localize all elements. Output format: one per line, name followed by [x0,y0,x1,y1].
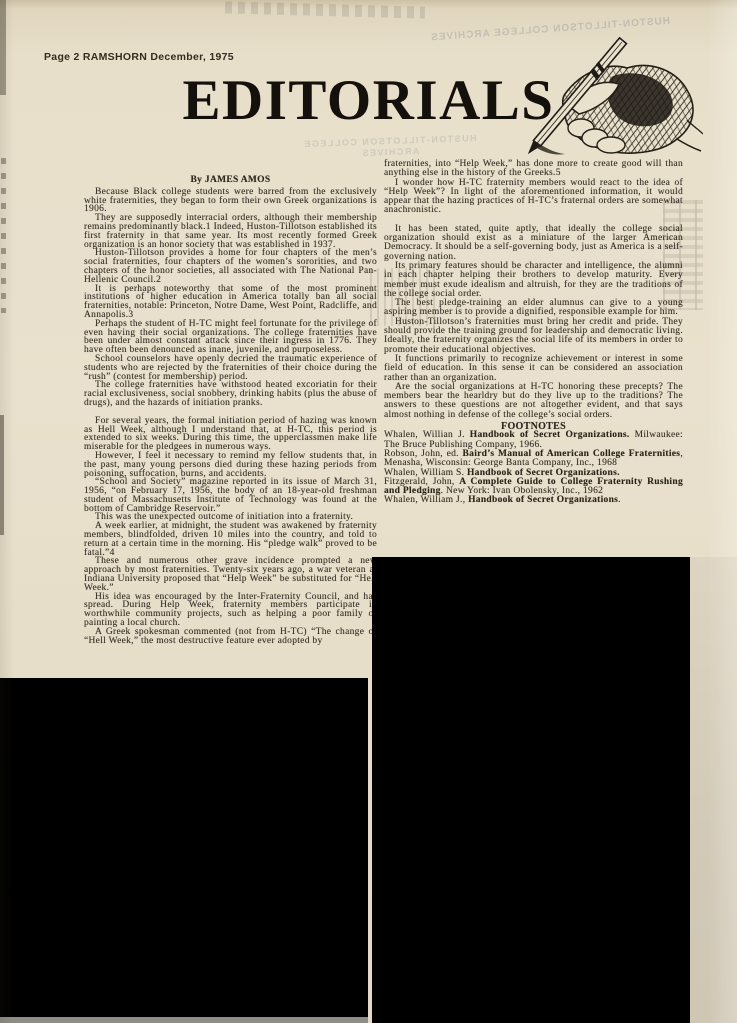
scan-edge-artifact [0,415,4,535]
footnotes-list: Whalen, Willian J. Handbook of Secret Or… [384,431,683,505]
footnote-title: Handbook of Secret Organizations [468,495,618,505]
body-paragraph: The college fraternities have withstood … [84,381,377,407]
left-column-text: Because Black college students were barr… [84,188,377,646]
bleedthrough-smudge [225,1,425,18]
byline: By JAMES AMOS [84,176,377,185]
body-paragraph: It functions primarily to recognize achi… [384,355,683,383]
body-paragraph: It has been stated, quite aptly, that id… [384,225,683,262]
body-paragraph: School counselors have openly decried th… [84,355,377,381]
footnote-entry: Robson, John, ed. Baird’s Manual of Amer… [384,450,683,469]
newspaper-page: HUSTON-TILLOTSON COLLEGE ARCHIVES HUSTON… [0,0,737,1023]
footnote-text: Whalen, William J., [384,495,468,505]
body-paragraph: His idea was encouraged by the Inter-Fra… [84,593,377,628]
footnote-entry: Whalen, William J., Handbook of Secret O… [384,496,683,505]
scan-edge-artifact [1,158,6,313]
body-paragraph: These and numerous other grave incidence… [84,557,377,592]
hand-writing-pencil-illustration [525,20,703,165]
redaction-block-left [0,678,368,1017]
body-paragraph: Huston-Tillotson provides a home for fou… [84,249,377,284]
body-paragraph: Perhaps the student of H-TC might feel f… [84,320,377,355]
left-column: By JAMES AMOS Because Black college stud… [84,176,377,645]
body-paragraph: It is perhaps noteworthy that some of th… [84,285,377,320]
scan-edge-artifact [0,1017,368,1023]
right-column-text: fraternities, into “Help Week,” has done… [384,160,683,420]
body-paragraph: The best pledge-training an elder alumnu… [384,299,683,318]
body-paragraph: I wonder how H-TC fraternity members wou… [384,179,683,216]
body-paragraph: fraternities, into “Help Week,” has done… [384,160,683,179]
footnote-entry: Fitzgerald, John, A Complete Guide to Co… [384,478,683,497]
page-header: Page 2 RAMSHORN December, 1975 [44,51,234,63]
body-paragraph: A Greek spokesman commented (not from H-… [84,628,377,646]
page-edge [690,557,737,1023]
body-paragraph: Because Black college students were barr… [84,188,377,214]
right-column: fraternities, into “Help Week,” has done… [384,160,683,506]
archive-stamp-bleedthrough: HUSTON-TILLOTSON COLLEGE ARCHIVES [280,132,501,162]
body-paragraph: Huston-Tillotson’s fraternities must bri… [384,318,683,355]
body-paragraph: However, I feel it necessary to remind m… [84,452,377,478]
body-paragraph: For several years, the formal initiation… [84,417,377,452]
body-paragraph: A week earlier, at midnight, the student… [84,522,377,557]
footnote-entry: Whalen, Willian J. Handbook of Secret Or… [384,431,683,450]
body-paragraph: Its primary features should be character… [384,262,683,299]
body-paragraph: “School and Society” magazine reported i… [84,478,377,513]
body-paragraph: They are supposedly interracial orders, … [84,214,377,249]
footnote-text: . [618,495,621,505]
body-paragraph: Are the social organizations at H-TC hon… [384,383,683,420]
redaction-block-right [372,557,690,1023]
